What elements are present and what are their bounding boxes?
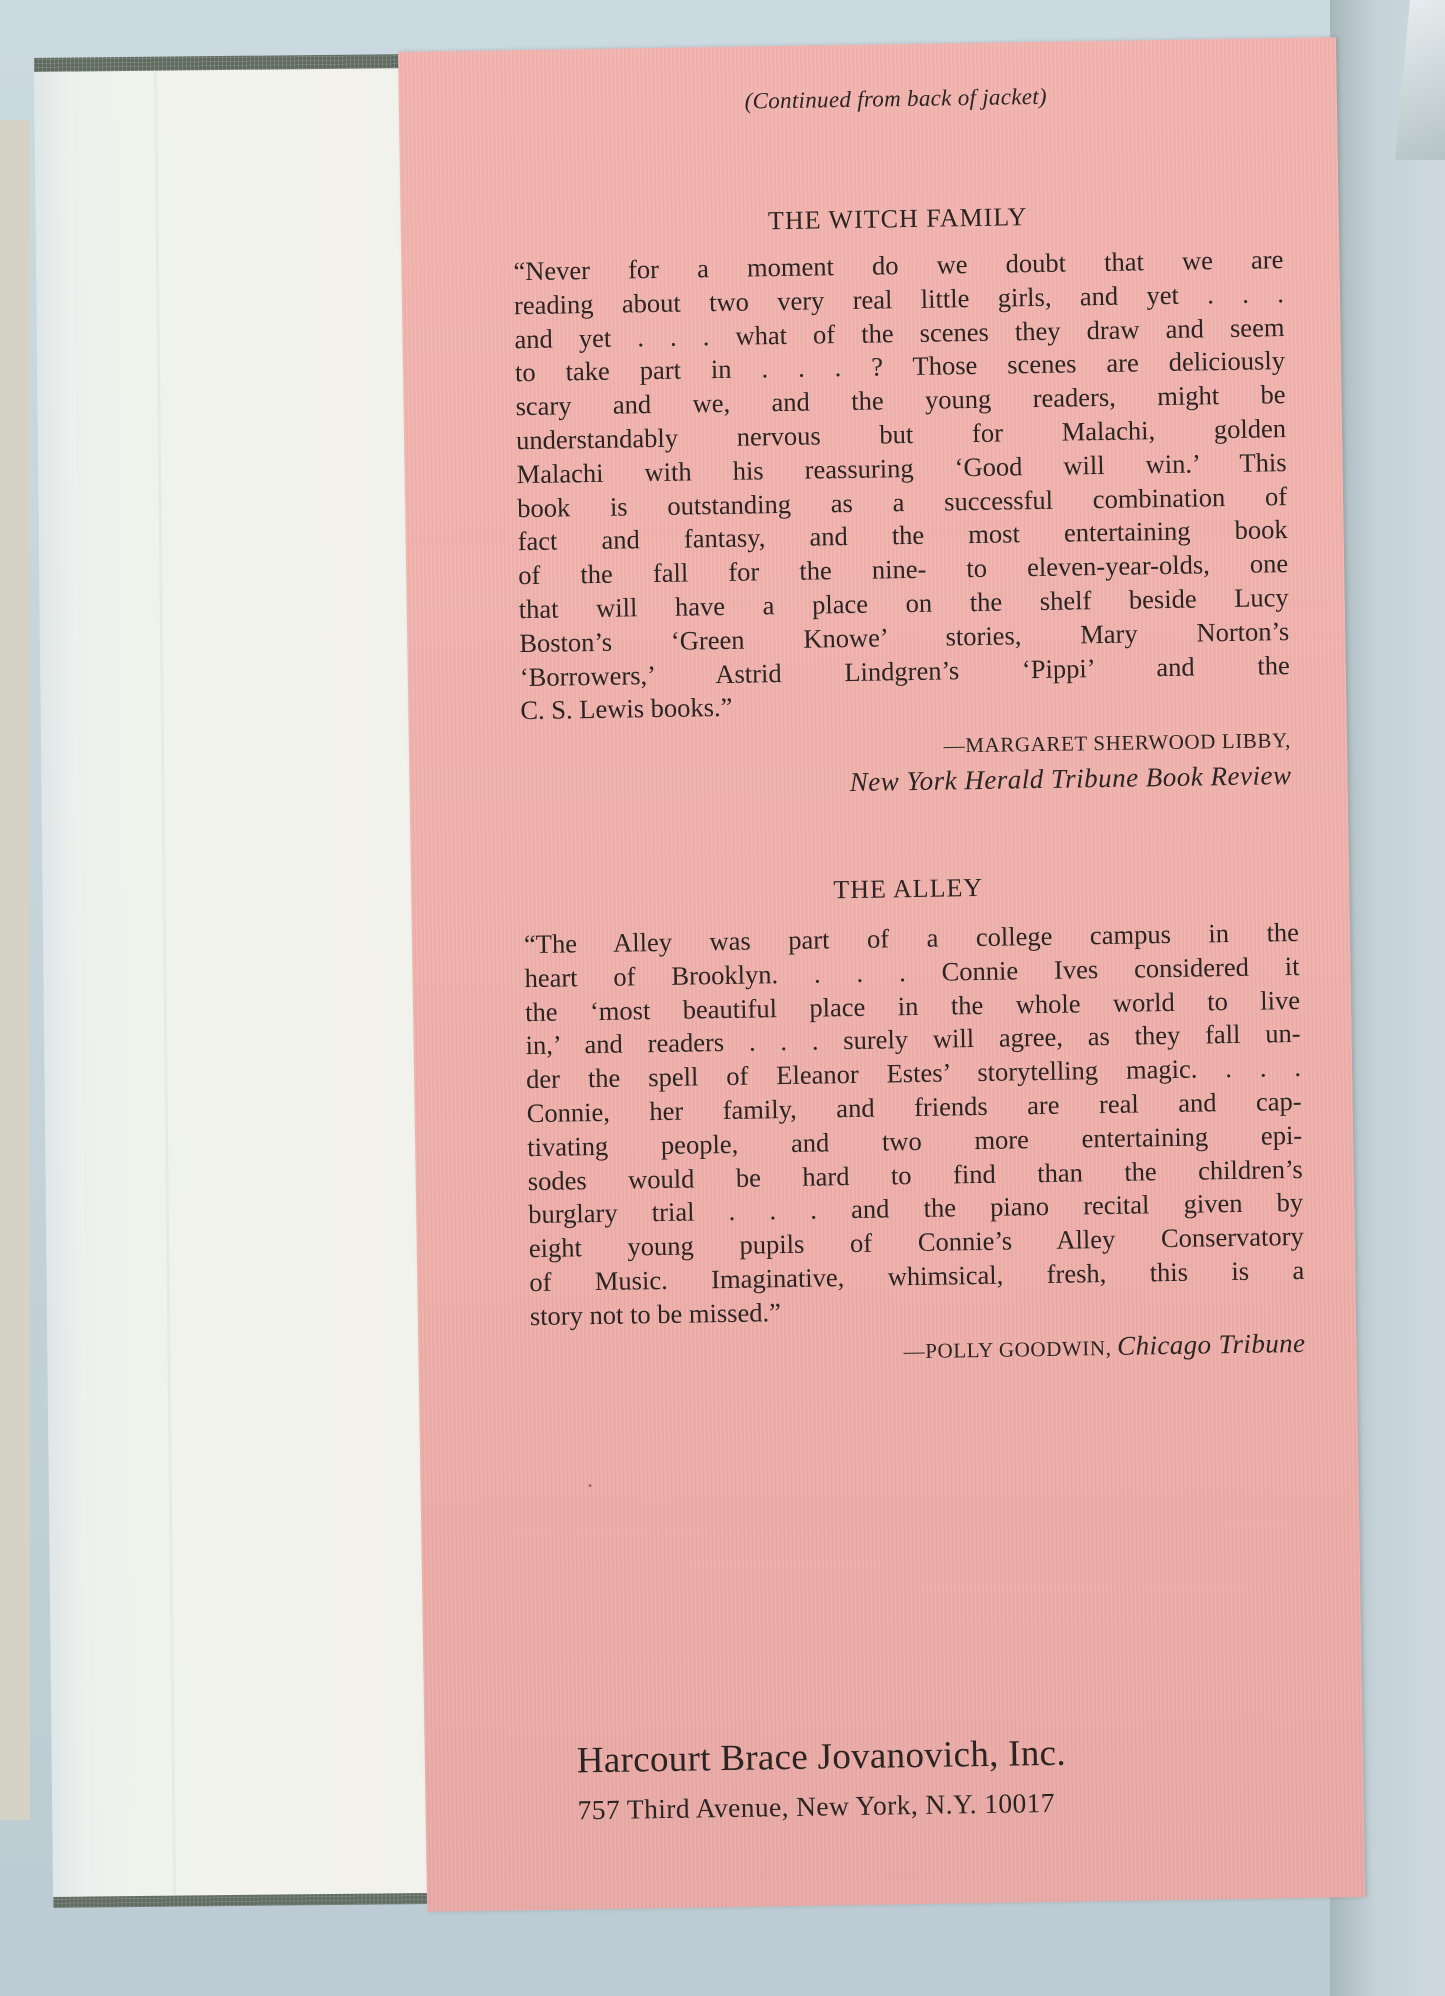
- attribution-name: —MARGARET SHERWOOD LIBBY,: [943, 728, 1291, 758]
- paper-speck: [589, 1484, 592, 1487]
- reviewer-name: —POLLY GOODWIN,: [903, 1336, 1111, 1363]
- section-title-witch-family: THE WITCH FAMILY: [512, 198, 1282, 240]
- publisher-name: Harcourt Brace Jovanovich, Inc.: [577, 1732, 1067, 1783]
- jacket-flap: (Continued from back of jacket) THE WITC…: [398, 37, 1365, 1912]
- endpaper-fold: [154, 71, 176, 1896]
- adjacent-book-edge: [0, 120, 30, 1820]
- publisher-address: 757 Third Avenue, New York, N.Y. 10017: [577, 1787, 1055, 1826]
- attribution: —POLLY GOODWIN, Chicago Tribune: [903, 1328, 1305, 1365]
- quote-the-alley: “The Alley was part of a college campus …: [524, 916, 1305, 1334]
- continued-note: (Continued from back of jacket): [511, 80, 1281, 118]
- reviewer-name: —MARGARET SHERWOOD LIBBY,: [943, 728, 1291, 757]
- attribution-source: New York Herald Tribune Book Review: [850, 760, 1292, 798]
- section-title-the-alley: THE ALLEY: [523, 868, 1293, 910]
- quote-witch-family: “Never for a moment do we doubt that we …: [513, 243, 1290, 728]
- attribution-source: Chicago Tribune: [1117, 1328, 1306, 1361]
